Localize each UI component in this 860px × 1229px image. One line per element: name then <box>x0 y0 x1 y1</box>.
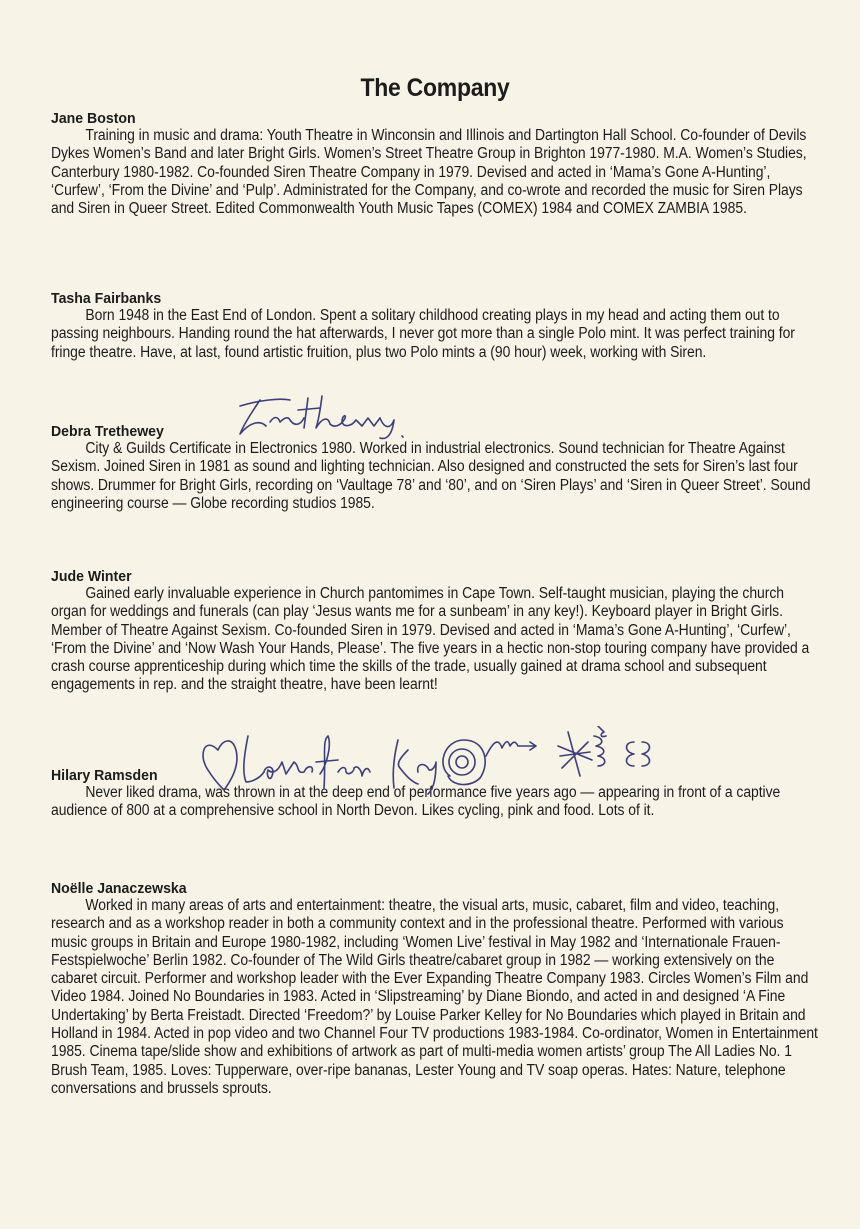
member-bio: Born 1948 in the East End of London. Spe… <box>51 307 822 362</box>
member-name: Jane Boston <box>51 110 775 127</box>
handwritten-signature-trethewey <box>230 392 470 442</box>
member-name: Jude Winter <box>51 568 775 585</box>
handwritten-note-love-from-kay <box>196 726 696 798</box>
member-entry-tasha-fairbanks: Tasha Fairbanks Born 1948 in the East En… <box>51 290 821 362</box>
member-name: Tasha Fairbanks <box>51 290 775 307</box>
member-entry-noelle-janaczewska: Noëlle Janaczewska Worked in many areas … <box>51 880 821 1098</box>
member-bio: Gained early invaluable experience in Ch… <box>51 585 822 695</box>
member-bio: Training in music and drama: Youth Theat… <box>51 127 822 218</box>
member-entry-jude-winter: Jude Winter Gained early invaluable expe… <box>51 568 821 695</box>
member-entry-jane-boston: Jane Boston Training in music and drama:… <box>51 110 821 218</box>
member-bio: Worked in many areas of arts and enterta… <box>51 897 822 1098</box>
page-title: The Company <box>35 74 835 103</box>
member-bio: City & Guilds Certificate in Electronics… <box>51 440 822 513</box>
programme-page: The Company Jane Boston Training in musi… <box>0 0 860 1229</box>
member-name: Noëlle Janaczewska <box>51 880 775 897</box>
